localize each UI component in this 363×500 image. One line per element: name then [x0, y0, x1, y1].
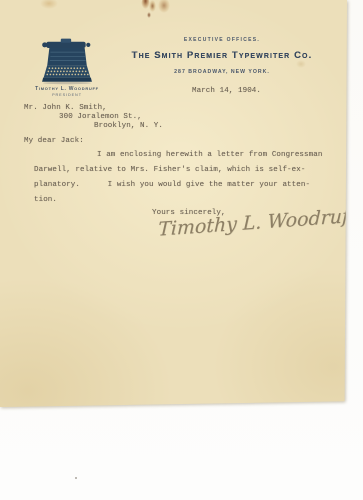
body-line: I am enclosing herewith a letter from Co…: [97, 151, 322, 159]
officer-name: Timothy L. Woodruff: [17, 86, 117, 92]
recipient-street: 300 Joralemon St.,: [59, 113, 142, 121]
body-line: tion.: [34, 196, 57, 204]
stain: [296, 60, 306, 68]
body-line: planatory. I wish you would give the mat…: [34, 181, 310, 189]
recipient-city: Brooklyn, N. Y.: [94, 122, 163, 130]
stain: [40, 0, 58, 9]
letter-paper: EXECUTIVE OFFICES. The Smith Premier Typ…: [0, 0, 347, 407]
company-street-address: 287 BROADWAY, NEW YORK.: [132, 69, 312, 75]
officer-block: Timothy L. Woodruff PRESIDENT: [17, 86, 117, 97]
scanned-letter-page: EXECUTIVE OFFICES. The Smith Premier Typ…: [0, 0, 363, 500]
stain: [158, 0, 170, 13]
salutation: My dear Jack:: [24, 137, 84, 145]
letter-date: March 14, 1904.: [192, 87, 261, 95]
body-line: Darwell, relative to Mrs. Fisher's claim…: [34, 166, 305, 174]
stain: [149, 0, 156, 12]
stain: [147, 12, 151, 18]
typewriter-icon: [40, 38, 94, 85]
executive-offices-line: EXECUTIVE OFFICES.: [132, 37, 312, 43]
company-name: The Smith Premier Typewriter Co.: [120, 50, 324, 61]
dust-speck: [75, 477, 77, 479]
officer-title: PRESIDENT: [17, 93, 117, 97]
paper-shadow-wrap: EXECUTIVE OFFICES. The Smith Premier Typ…: [0, 0, 347, 407]
recipient-name: Mr. John K. Smith,: [24, 104, 107, 112]
